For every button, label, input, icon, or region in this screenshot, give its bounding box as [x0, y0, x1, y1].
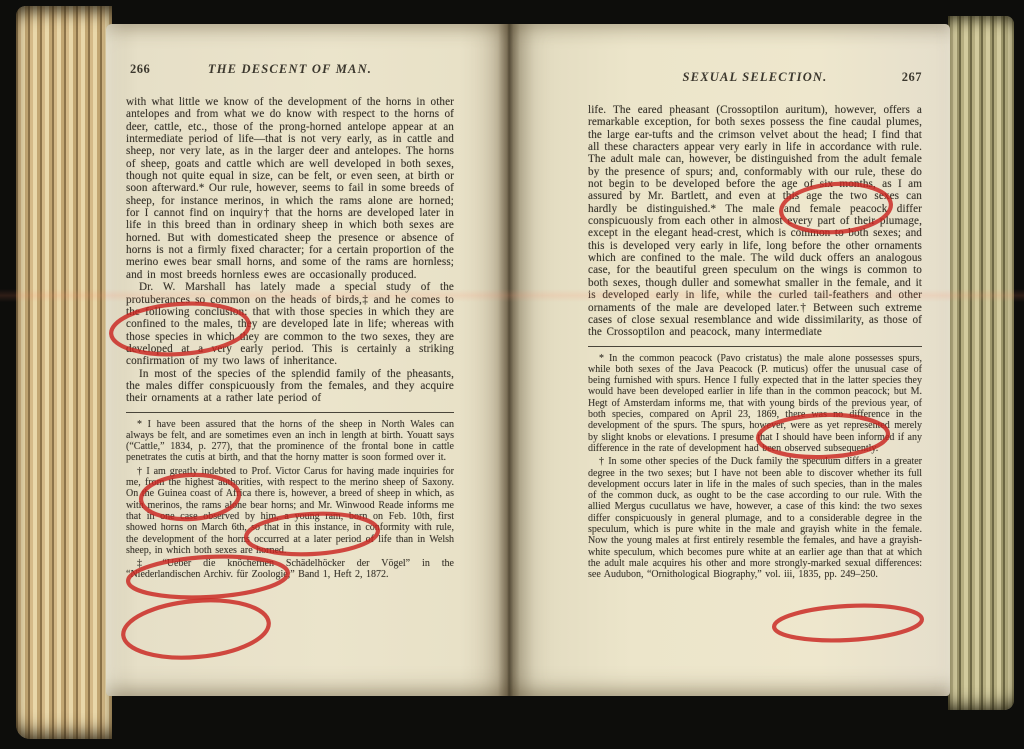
- book-photograph: 266 THE DESCENT OF MAN. with what little…: [0, 0, 1024, 749]
- right-page-header: SEXUAL SELECTION. 267: [588, 70, 922, 88]
- footnote-separator: [588, 346, 922, 347]
- footnote: ‡ “Ueber die knöchernen Schädelhöcker de…: [126, 558, 454, 581]
- right-page: SEXUAL SELECTION. 267 life. The eared ph…: [508, 24, 950, 696]
- right-page-number: 267: [902, 70, 922, 85]
- paragraph: Dr. W. Marshall has lately made a specia…: [126, 281, 454, 367]
- footnote: † I am greatly indebted to Prof. Victor …: [126, 466, 454, 556]
- right-body-text: life. The eared pheasant (Crossoptilon a…: [588, 104, 922, 339]
- right-footnotes: * In the common peacock (Pavo cristatus)…: [588, 353, 922, 581]
- left-footnotes: * I have been assured that the horns of …: [126, 419, 454, 581]
- right-page-stack-edge: [948, 16, 1014, 710]
- footnote: * I have been assured that the horns of …: [126, 419, 454, 464]
- paragraph: In most of the species of the splendid f…: [126, 368, 454, 405]
- left-page-surface: 266 THE DESCENT OF MAN. with what little…: [106, 24, 508, 696]
- footnote: † In some other species of the Duck fami…: [588, 456, 922, 580]
- footnote: * In the common peacock (Pavo cristatus)…: [588, 353, 922, 455]
- left-body-text: with what little we know of the developm…: [126, 96, 454, 405]
- right-page-surface: SEXUAL SELECTION. 267 life. The eared ph…: [508, 24, 950, 696]
- footnote-separator: [126, 412, 454, 413]
- paragraph: life. The eared pheasant (Crossoptilon a…: [588, 104, 922, 339]
- paragraph: with what little we know of the developm…: [126, 96, 454, 281]
- left-page-header: 266 THE DESCENT OF MAN.: [126, 62, 454, 80]
- left-page-number: 266: [130, 62, 150, 77]
- left-page: 266 THE DESCENT OF MAN. with what little…: [106, 24, 508, 696]
- left-page-stack-edge: [16, 6, 112, 739]
- left-running-head: THE DESCENT OF MAN.: [126, 62, 454, 77]
- right-running-head: SEXUAL SELECTION.: [588, 70, 922, 85]
